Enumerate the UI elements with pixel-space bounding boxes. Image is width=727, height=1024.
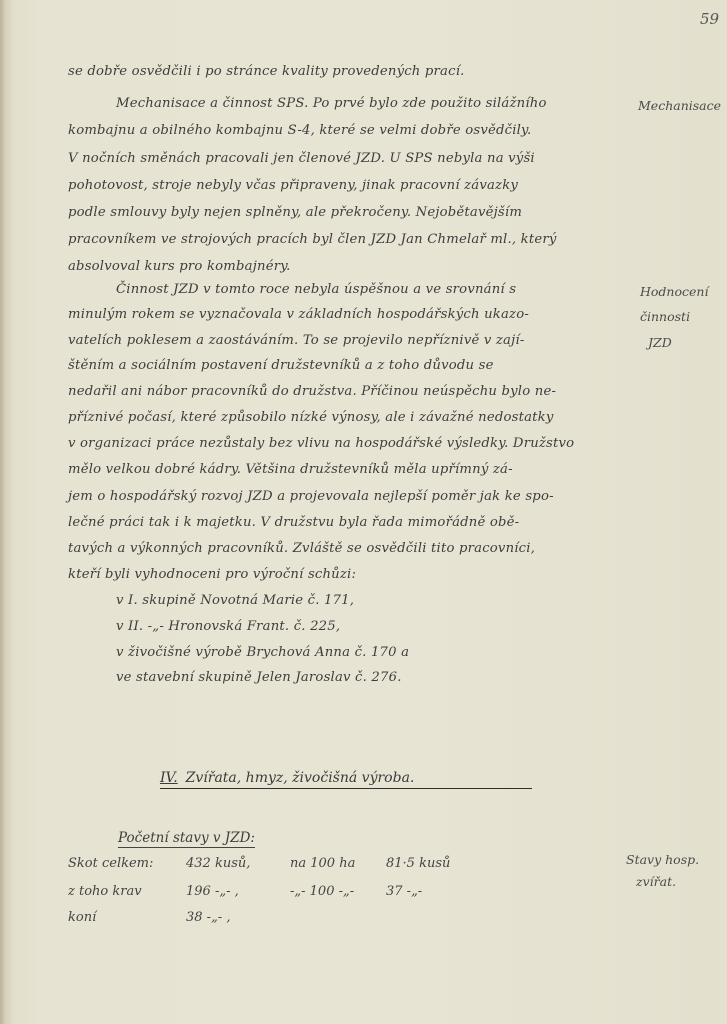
- text-line: mělo velkou dobré kádry. Většina družste…: [68, 462, 513, 477]
- text-line: podle smlouvy byly nejen splněny, ale př…: [68, 205, 522, 220]
- livestock-heading: Početní stavy v JZD:: [118, 830, 255, 848]
- livestock-label: z toho krav: [68, 884, 142, 899]
- text-line: V nočních směnách pracovali jen členové …: [68, 151, 535, 166]
- livestock-count: 38 -„- ,: [186, 910, 230, 925]
- text-line: vatelích poklesem a zaostáváním. To se p…: [68, 333, 524, 348]
- text-line: se dobře osvědčili i po stránce kvality …: [68, 64, 465, 79]
- text-line: ve stavební skupině Jelen Jaroslav č. 27…: [116, 670, 402, 685]
- livestock-count: 432 kusů,: [186, 856, 250, 871]
- section-roman-numeral: IV.: [160, 770, 178, 786]
- livestock-count: 196 -„- ,: [186, 884, 239, 899]
- livestock-label: Skot celkem:: [68, 856, 153, 871]
- text-line: Činnost JZD v tomto roce nebyla úspěšnou…: [116, 282, 516, 297]
- text-line: jem o hospodářský rozvoj JZD a projevova…: [68, 489, 554, 504]
- text-line: Mechanisace a činnost SPS. Po prvé bylo …: [116, 96, 547, 111]
- text-line: v živočišné výrobě Brychová Anna č. 170 …: [116, 645, 409, 660]
- text-line: příznivé počasí, které způsobilo nízké v…: [68, 410, 553, 425]
- margin-note-zvirat: zvířat.: [636, 874, 676, 889]
- margin-note-jzd: JZD: [648, 335, 672, 350]
- margin-note-mechanisace: Mechanisace: [638, 98, 721, 113]
- text-line: tavých a výkonných pracovníků. Zvláště s…: [68, 541, 535, 556]
- ledger-page: 59 se dobře osvědčili i po stránce kvali…: [0, 0, 727, 1024]
- text-line: v II. -„- Hronovská Frant. č. 225,: [116, 619, 340, 634]
- livestock-per-label: na 100 ha: [290, 856, 355, 871]
- text-line: kombajnu a obilného kombajnu S-4, které …: [68, 123, 531, 138]
- livestock-per-value: 81·5 kusů: [386, 856, 450, 871]
- page-number: 59: [700, 10, 719, 28]
- text-line: kteří byli vyhodnoceni pro výroční schůz…: [68, 567, 356, 582]
- text-line: pracovníkem ve strojových pracích byl čl…: [68, 232, 557, 247]
- livestock-per-value: 37 -„-: [386, 884, 422, 899]
- text-line: nedařil ani nábor pracovníků do družstva…: [68, 384, 556, 399]
- section-title: Zvířata, hmyz, živočišná výroba.: [186, 770, 415, 786]
- text-line: štěním a sociálním postavení družstevník…: [68, 358, 494, 373]
- section-heading: IV.Zvířata, hmyz, živočišná výroba.: [160, 770, 532, 789]
- livestock-label: koní: [68, 910, 96, 925]
- margin-note-stavy-hosp: Stavy hosp.: [626, 852, 699, 867]
- margin-note-hodnoceni: Hodnocení: [640, 284, 708, 299]
- text-line: minulým rokem se vyznačovala v základníc…: [68, 307, 529, 322]
- text-line: v I. skupině Novotná Marie č. 171,: [116, 593, 354, 608]
- text-line: v organizaci práce nezůstaly bez vlivu n…: [68, 436, 574, 451]
- margin-note-cinnosti: činnosti: [640, 309, 690, 324]
- text-line: absolvoval kurs pro kombajnéry.: [68, 259, 291, 274]
- text-line: pohotovost, stroje nebyly včas připraven…: [68, 178, 518, 193]
- text-line: lečné práci tak i k majetku. V družstvu …: [68, 515, 519, 530]
- livestock-per-label: -„- 100 -„-: [290, 884, 354, 899]
